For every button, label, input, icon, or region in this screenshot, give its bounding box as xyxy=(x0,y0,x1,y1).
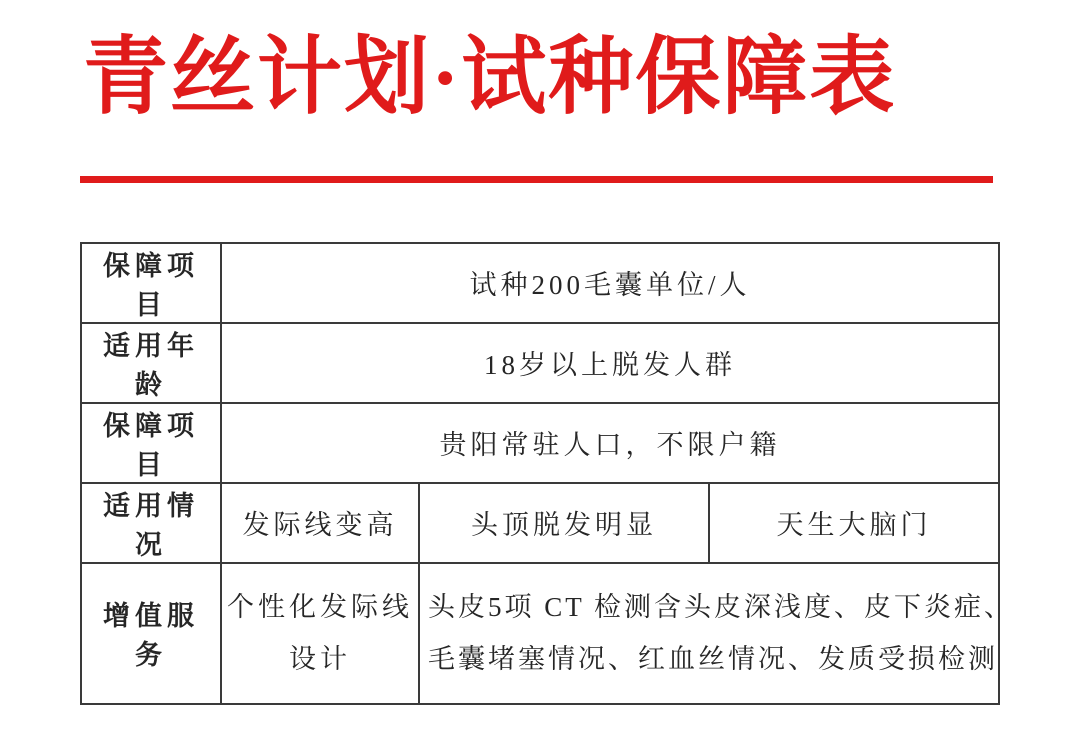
row-label: 适用情况 xyxy=(81,483,221,563)
row-label: 适用年龄 xyxy=(81,323,221,403)
row-value: 个性化发际线设计 xyxy=(221,563,419,704)
table-row-applicable-age: 适用年龄 18岁以上脱发人群 xyxy=(81,323,999,403)
detail-line: 头皮5项 CT 检测含头皮深浅度、皮下炎症、 xyxy=(428,581,990,633)
table-row-applicable-situations: 适用情况 发际线变高 头顶脱发明显 天生大脑门 xyxy=(81,483,999,563)
detail-line: 毛囊堵塞情况、红血丝情况、发质受损检测 xyxy=(428,633,990,685)
guarantee-table: 保障项目 试种200毛囊单位/人 适用年龄 18岁以上脱发人群 保障项目 贵阳常… xyxy=(80,242,1000,705)
row-value: 试种200毛囊单位/人 xyxy=(221,243,999,323)
row-value: 发际线变高 xyxy=(221,483,419,563)
title-divider xyxy=(80,176,993,183)
table-row-value-added-services: 增值服务 个性化发际线设计 头皮5项 CT 检测含头皮深浅度、皮下炎症、 毛囊堵… xyxy=(81,563,999,704)
row-label: 保障项目 xyxy=(81,403,221,483)
row-value: 天生大脑门 xyxy=(709,483,999,563)
table-row-guarantee-scope: 保障项目 贵阳常驻人口，不限户籍 xyxy=(81,403,999,483)
row-label: 保障项目 xyxy=(81,243,221,323)
row-value: 18岁以上脱发人群 xyxy=(221,323,999,403)
row-value: 贵阳常驻人口，不限户籍 xyxy=(221,403,999,483)
row-value-detail: 头皮5项 CT 检测含头皮深浅度、皮下炎症、 毛囊堵塞情况、红血丝情况、发质受损… xyxy=(419,563,999,704)
row-label: 增值服务 xyxy=(81,563,221,704)
row-value: 头顶脱发明显 xyxy=(419,483,709,563)
table-row-guarantee-item: 保障项目 试种200毛囊单位/人 xyxy=(81,243,999,323)
page: 青丝计划·试种保障表 保障项目 试种200毛囊单位/人 适用年龄 18岁以上脱发… xyxy=(80,30,998,705)
page-title: 青丝计划·试种保障表 xyxy=(80,30,998,128)
